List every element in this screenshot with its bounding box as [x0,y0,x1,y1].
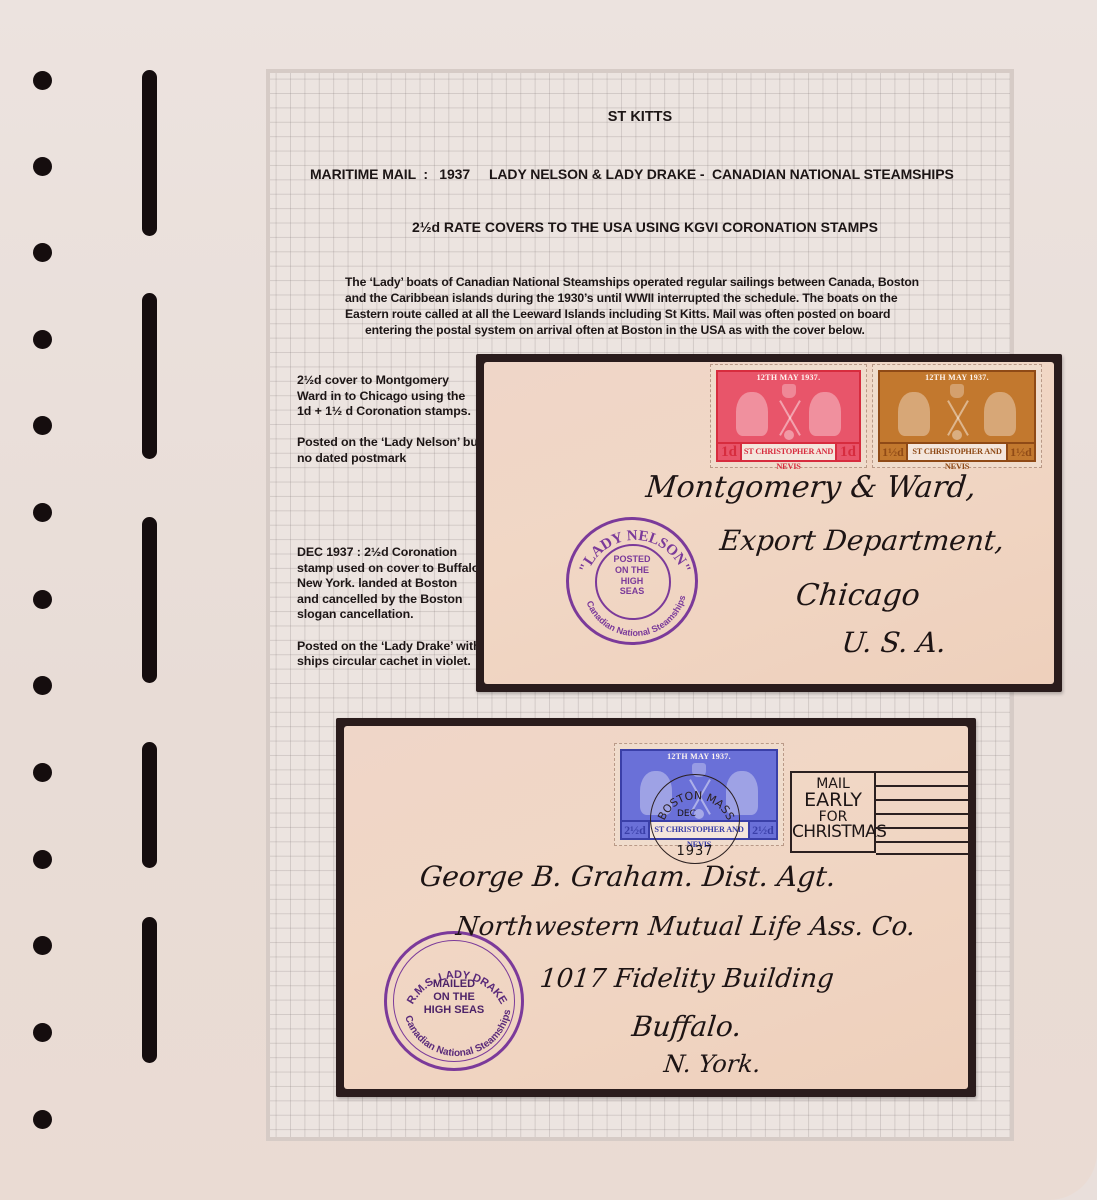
binder-slot [142,70,157,236]
intro-paragraph: The ‘Lady’ boats of Canadian National St… [345,274,990,338]
envelope: 12TH MAY 1937. 2½d ST CHRISTOPHER AND NE… [344,726,968,1089]
envelope: 12TH MAY 1937. 1d ST CHRISTOPHER AND NEV… [484,362,1054,684]
postmark-year: 1937 [651,844,739,859]
punch-hole [33,157,52,176]
punch-hole [33,936,52,955]
punch-hole [33,330,52,349]
cachet-center-text: POSTED ON THE HIGH SEAS [569,554,695,597]
address-line: Chicago [794,578,922,613]
address-line: George B. Graham. Dist. Agt. [418,860,837,893]
lady-drake-cachet: R.M.S. LADY DRAKE Canadian National Stea… [384,931,524,1071]
note-paragraph: Posted on the ‘Lady Drake’ with ships ci… [297,639,482,670]
page-subtitle: MARITIME MAIL : 1937 LADY NELSON & LADY … [310,166,954,182]
binder-slot [142,517,157,683]
slogan-line: CHRISTMAS [792,824,874,841]
intro-line: and the Caribbean islands during the 193… [345,290,990,306]
punch-hole [33,590,52,609]
stamp-country: ST CHRISTOPHER AND NEVIS [906,444,1008,460]
stamp-date: 12TH MAY 1937. [718,373,859,382]
address-line: Buffalo. [630,1010,743,1043]
note-paragraph: DEC 1937 : 2½d Coronation stamp used on … [297,545,482,623]
intro-line: Eastern route called at all the Leeward … [345,306,990,322]
address-line: Northwestern Mutual Life Ass. Co. [454,912,916,942]
stamp-date: 12TH MAY 1937. [880,373,1034,382]
punch-hole [33,763,52,782]
postmark-date: DEC [677,809,696,819]
crown-icon [782,384,796,398]
punch-hole [33,676,52,695]
svg-text:Canadian National Steamships: Canadian National Steamships [584,594,687,638]
binder-slot [142,917,157,1063]
binder-slot [142,742,157,868]
stamp-value: 1d [718,444,740,461]
note-paragraph: 2½d cover to Montgomery Ward in to Chica… [297,373,482,420]
punch-hole [33,503,52,522]
cover-lady-drake: 12TH MAY 1937. 2½d ST CHRISTOPHER AND NE… [336,718,976,1097]
intro-line: entering the postal system on arrival of… [345,322,990,338]
orb-icon [784,430,794,440]
stamp-value: 1d [837,444,859,461]
album-page: ST KITTS MARITIME MAIL : 1937 LADY NELSO… [0,0,1097,1200]
stamp-1d-coronation: 12TH MAY 1937. 1d ST CHRISTOPHER AND NEV… [710,364,867,468]
lady-nelson-cachet: "LADY NELSON" Canadian National Steamshi… [566,517,698,645]
address-line: N. York. [663,1050,763,1078]
cover-note-lady-drake: DEC 1937 : 2½d Coronation stamp used on … [297,545,482,685]
queen-portrait-icon [898,392,930,436]
cachet-center-text: MAILED ON THE HIGH SEAS [387,978,521,1018]
punch-hole [33,1110,52,1129]
stamp-value: 2½d [750,823,776,838]
king-portrait-icon [809,392,841,436]
stamp-value: 1½d [880,445,906,460]
punch-hole [33,1023,52,1042]
crown-icon [950,384,964,398]
page-title: ST KITTS [266,109,1014,125]
stamp-date: 12TH MAY 1937. [622,752,776,761]
intro-line: The ‘Lady’ boats of Canadian National St… [345,274,990,290]
address-line: Montgomery & Ward, [644,470,978,505]
punch-hole [33,416,52,435]
note-paragraph: Posted on the ‘Lady Nelson’ but no dated… [297,435,482,466]
svg-text:BOSTON MASS: BOSTON MASS [655,789,737,822]
address-line: Export Department, [718,524,1006,557]
stamp-value: 1½d [1008,445,1034,460]
stamp-country: ST CHRISTOPHER AND NEVIS [740,444,837,460]
rate-heading: 2½d RATE COVERS TO THE USA USING KGVI CO… [266,219,1014,235]
address-line: U. S. A. [840,626,947,659]
address-line: 1017 Fidelity Building [538,964,835,994]
stamp-1-5d-coronation: 12TH MAY 1937. 1½d ST CHRISTOPHER AND NE… [872,364,1042,468]
stamp-value: 2½d [622,823,648,838]
punch-hole [33,71,52,90]
binder-slot [142,293,157,459]
punch-hole [33,243,52,262]
slogan-line: EARLY [792,791,874,810]
king-portrait-icon [984,392,1016,436]
cover-lady-nelson: 12TH MAY 1937. 1d ST CHRISTOPHER AND NEV… [476,354,1062,692]
queen-portrait-icon [736,392,768,436]
punch-hole [33,850,52,869]
page-corner [1061,1164,1097,1200]
orb-icon [952,430,962,440]
cover-note-lady-nelson: 2½d cover to Montgomery Ward in to Chica… [297,373,482,482]
slogan-cancel: MAIL EARLY FOR CHRISTMAS [790,771,876,853]
boston-postmark: BOSTON MASS DEC 1937 [650,774,740,864]
